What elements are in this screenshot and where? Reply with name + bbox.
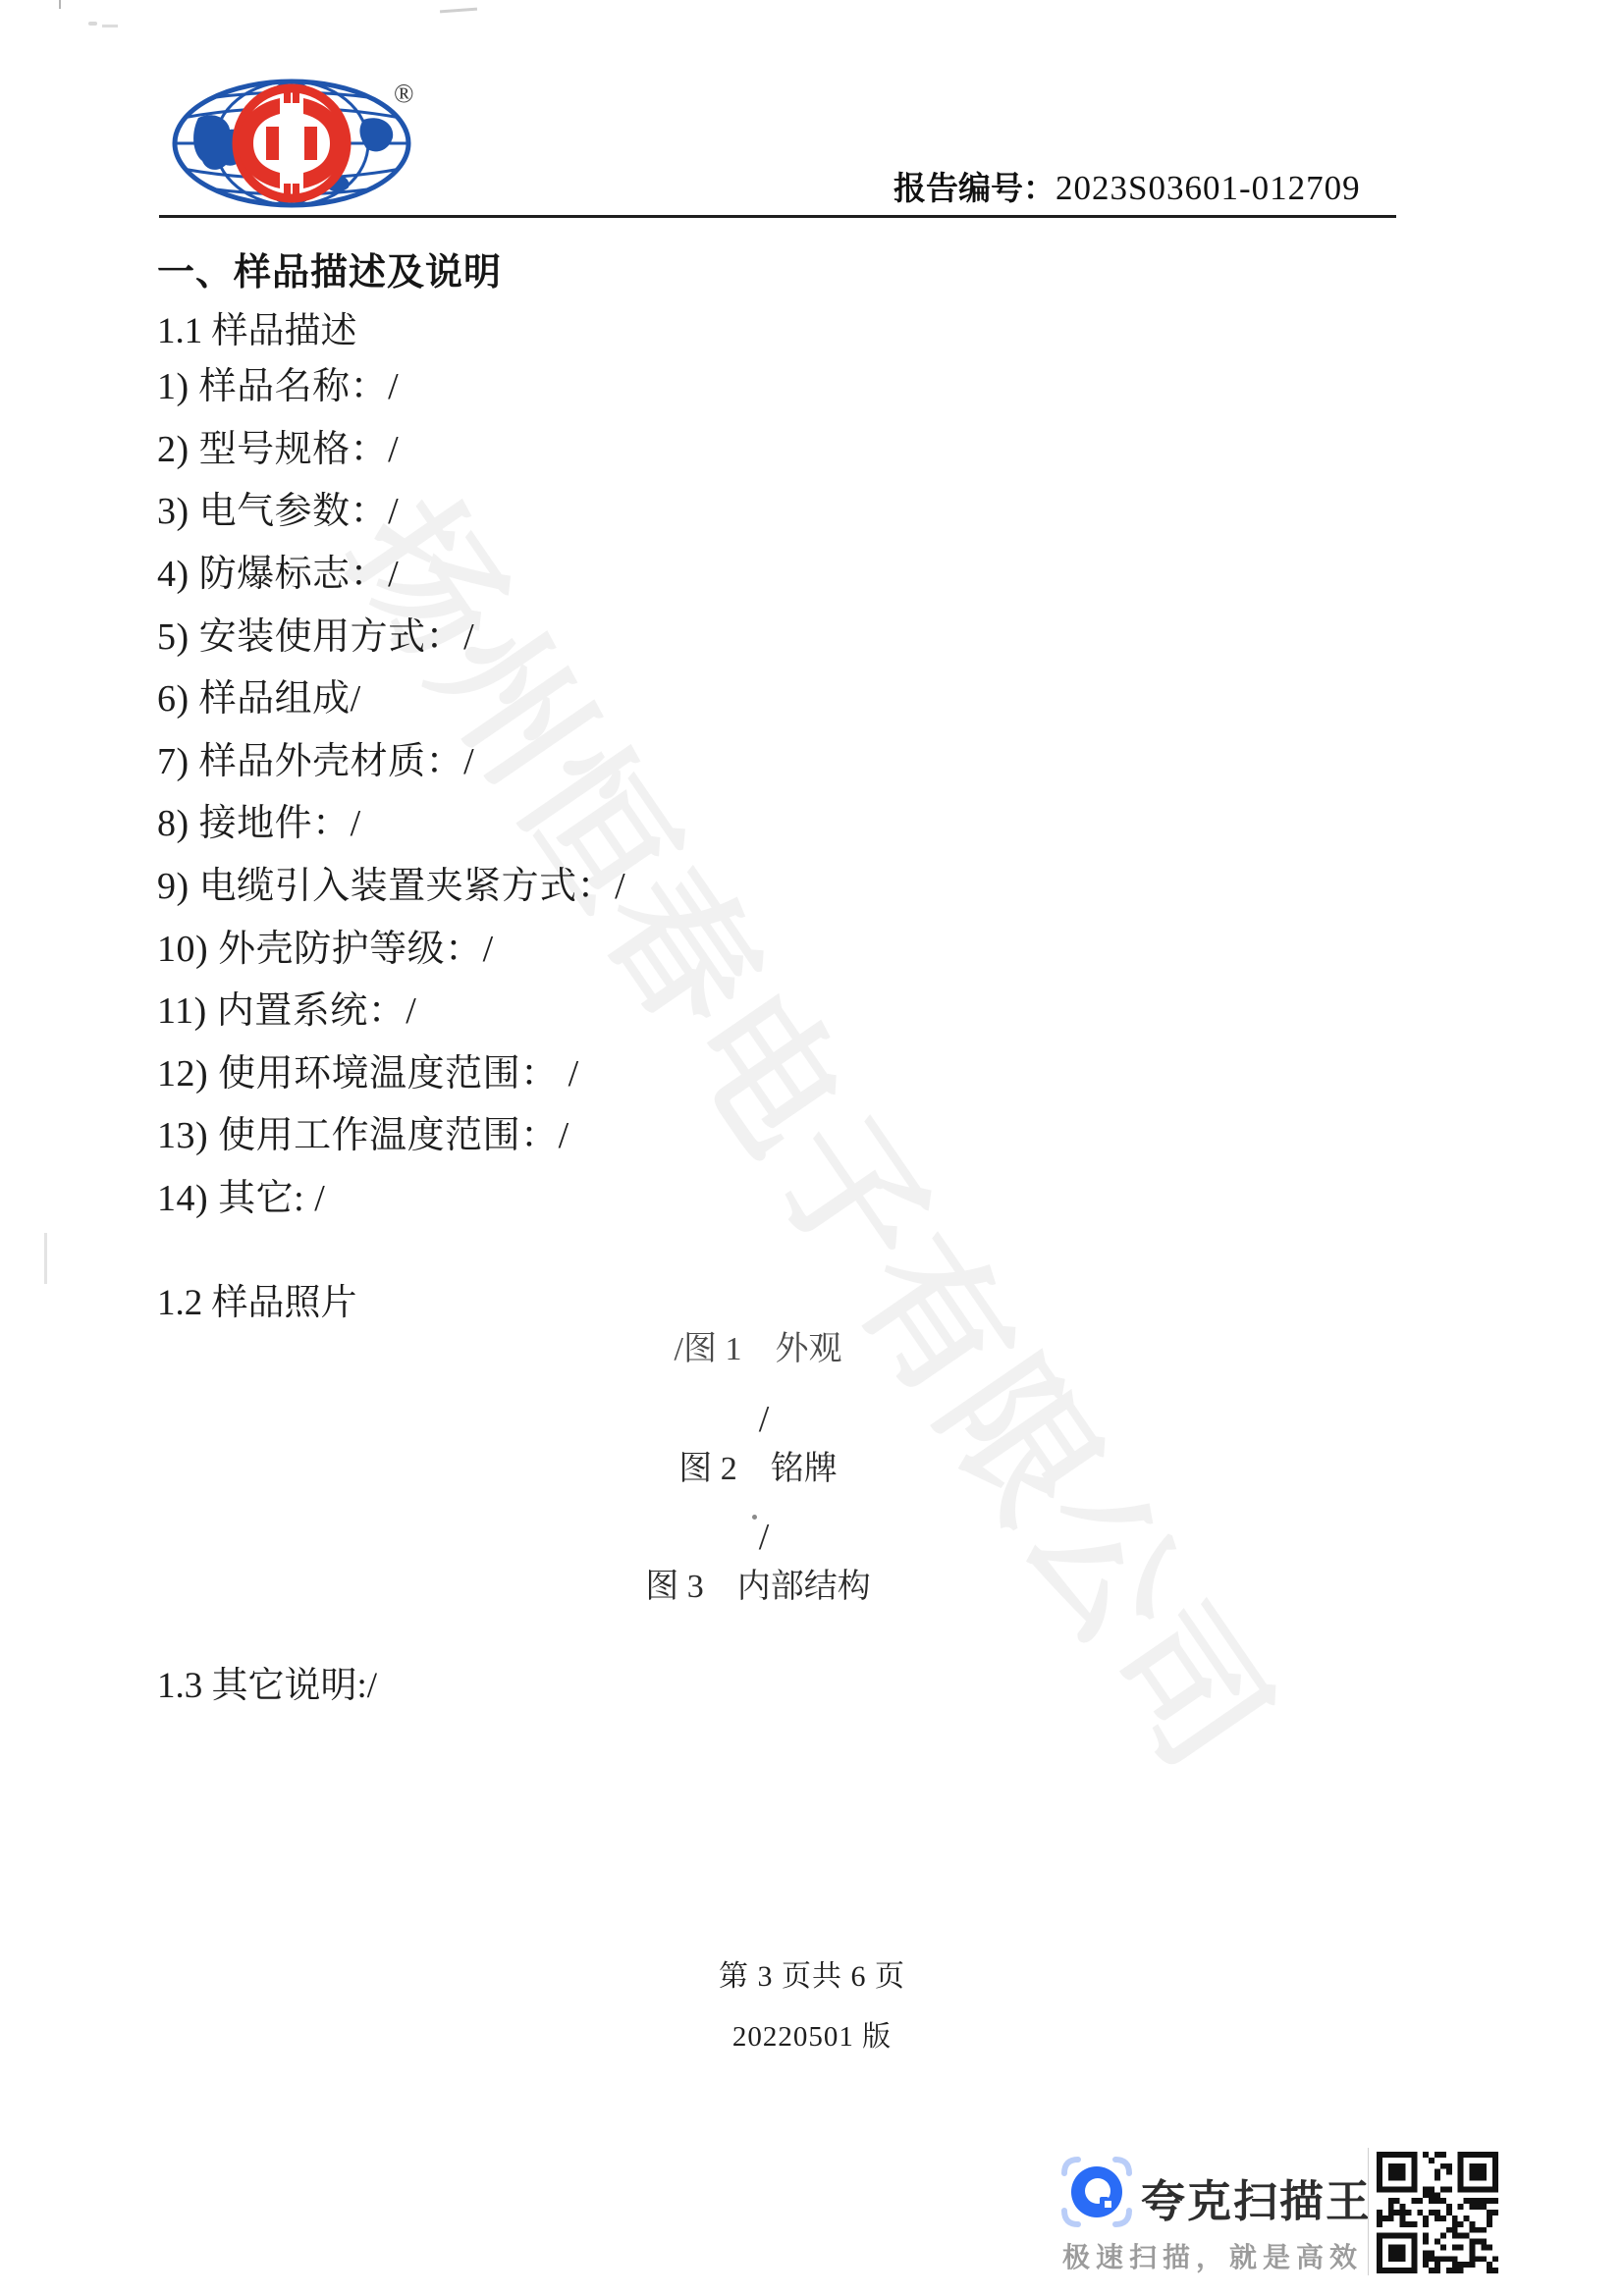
scanner-app-name: 夸克扫描王 <box>1141 2165 1372 2229</box>
list-item: 5) 安装使用方式：/ <box>157 601 1335 664</box>
subsection-1-1-title: 1.1 样品描述 <box>157 300 357 353</box>
registered-trademark-symbol: ® <box>394 79 414 109</box>
list-item: 2) 型号规格：/ <box>157 414 1335 477</box>
version-number: 20220501 版 <box>0 2014 1624 2055</box>
list-item: 1) 样品名称：/ <box>157 351 1335 414</box>
company-logo-globe-icon <box>169 79 414 208</box>
report-number-value: 2023S03601-012709 <box>1056 169 1361 208</box>
figure-1-caption: /图 1 外观 <box>0 1321 1570 1369</box>
scan-artifact <box>752 1515 757 1520</box>
header-divider-rule <box>159 215 1396 218</box>
report-number-line: 报告编号： 2023S03601-012709 <box>893 163 1361 209</box>
scanner-divider <box>1368 2148 1369 2275</box>
list-item: 9) 电缆引入装置夹紧方式：/ <box>157 851 1335 914</box>
scan-artifact <box>440 8 477 14</box>
figure-3-caption: 图 3 内部结构 <box>0 1559 1570 1607</box>
page-content: ® 报告编号： 2023S03601-012709 一、样品描述及说明 1.1 … <box>0 0 1624 2296</box>
quark-scanner-icon <box>1060 2156 1133 2228</box>
scanner-tagline: 极速扫描，就是高效 <box>1062 2236 1363 2275</box>
subsection-1-2-title: 1.2 样品照片 <box>157 1272 357 1325</box>
scan-artifact <box>59 0 61 9</box>
subsection-1-3-title: 1.3 其它说明:/ <box>157 1655 377 1708</box>
list-item: 7) 样品外壳材质：/ <box>157 726 1335 789</box>
list-item: 13) 使用工作温度范围：/ <box>157 1100 1335 1163</box>
scan-artifact <box>44 1233 47 1284</box>
figure-3-placeholder-slash: / <box>0 1516 1576 1559</box>
list-item: 8) 接地件：/ <box>157 788 1335 851</box>
list-item: 10) 外壳防护等级：/ <box>157 913 1335 976</box>
list-item: 6) 样品组成/ <box>157 664 1335 726</box>
figure-2-caption: 图 2 铭牌 <box>0 1441 1570 1489</box>
page-number: 第 3 页共 6 页 <box>0 1951 1624 1995</box>
list-item: 11) 内置系统：/ <box>157 976 1335 1039</box>
figure-2-placeholder-slash: / <box>0 1398 1576 1441</box>
list-item: 4) 防爆标志：/ <box>157 539 1335 602</box>
list-item: 14) 其它: / <box>157 1163 1335 1226</box>
qr-code <box>1377 2152 1498 2273</box>
report-number-label: 报告编号： <box>893 163 1056 209</box>
list-item: 12) 使用环境温度范围： / <box>157 1039 1335 1101</box>
section-heading: 一、样品描述及说明 <box>157 241 502 295</box>
scanned-report-page: 扬州恒春电子有限公司 <box>0 0 1624 2296</box>
list-item: 3) 电气参数：/ <box>157 476 1335 539</box>
sample-description-list: 1) 样品名称：/ 2) 型号规格：/ 3) 电气参数：/ 4) 防爆标志：/ … <box>157 351 1335 1225</box>
scan-artifact <box>88 22 97 26</box>
scan-artifact <box>102 25 118 27</box>
